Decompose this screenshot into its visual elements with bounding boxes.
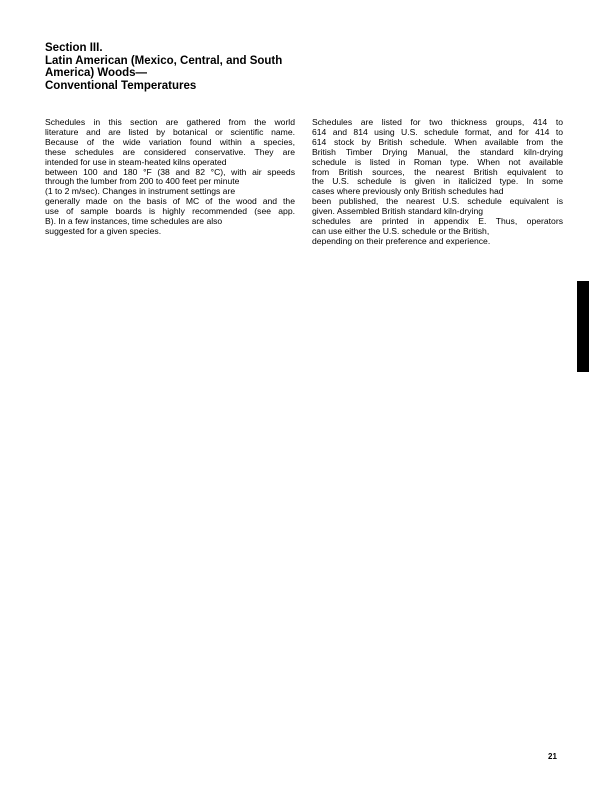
heading-line: Latin American (Mexico, Central, and Sou… xyxy=(45,55,305,68)
section-heading: Section III. Latin American (Mexico, Cen… xyxy=(45,42,305,92)
heading-line: Conventional Temperatures xyxy=(45,80,305,93)
heading-line: Section III. xyxy=(45,42,305,55)
section-thumb-tab xyxy=(577,281,589,372)
heading-line: America) Woods— xyxy=(45,67,305,80)
text-line: depending on their preference and experi… xyxy=(312,237,563,247)
page-number: 21 xyxy=(548,752,557,761)
left-column-paragraph: Schedules in this section are gathered f… xyxy=(45,118,295,237)
right-column-paragraph: Schedules are listed for two thickness g… xyxy=(312,118,563,247)
text-line: suggested for a given species. xyxy=(45,227,295,237)
